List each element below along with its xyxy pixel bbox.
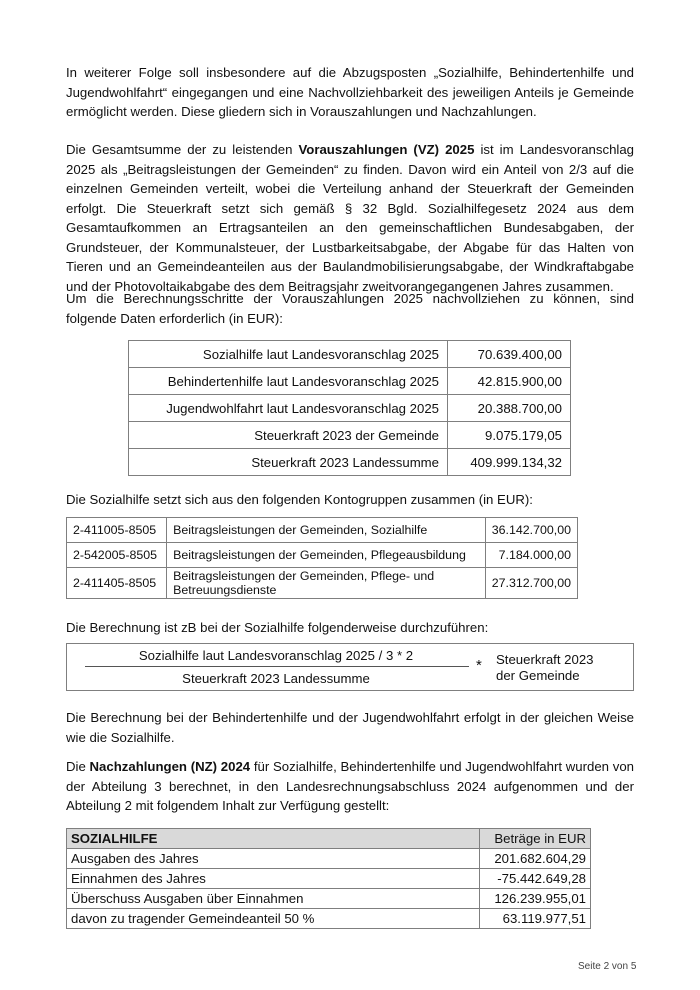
nz-paragraph-pre: Die — [66, 759, 90, 774]
table-row: Überschuss Ausgaben über Einnahmen126.23… — [67, 889, 591, 909]
nz-label: Einnahmen des Jahres — [67, 869, 480, 889]
table-row: Einnahmen des Jahres-75.442.649,28 — [67, 869, 591, 889]
nz-header-label: SOZIALHILFE — [67, 829, 480, 849]
nz-sozialhilfe-table: SOZIALHILFEBeträge in EUR Ausgaben des J… — [66, 828, 591, 929]
formula-factor-line1: Steuerkraft 2023 — [496, 652, 594, 668]
table-row: Ausgaben des Jahres201.682.604,29 — [67, 849, 591, 869]
nz-header-value: Beträge in EUR — [480, 829, 591, 849]
formula-intro-paragraph: Die Berechnung ist zB bei der Sozialhilf… — [66, 618, 634, 638]
vz-label: Jugendwohlfahrt laut Landesvoranschlag 2… — [129, 395, 448, 422]
table-row: davon zu tragender Gemeindeanteil 50 %63… — [67, 909, 591, 929]
page-number: Seite 2 von 5 — [578, 961, 636, 972]
table-row: 2-542005-8505Beitragsleistungen der Geme… — [67, 543, 578, 568]
vz-value: 42.815.900,00 — [448, 368, 571, 395]
vz-data-table: Sozialhilfe laut Landesvoranschlag 20257… — [128, 340, 571, 476]
nz-value: 126.239.955,01 — [480, 889, 591, 909]
table-row: Jugendwohlfahrt laut Landesvoranschlag 2… — [129, 395, 571, 422]
vz-label: Sozialhilfe laut Landesvoranschlag 2025 — [129, 341, 448, 368]
vz-label: Behindertenhilfe laut Landesvoranschlag … — [129, 368, 448, 395]
konto-code: 2-411405-8505 — [67, 568, 167, 599]
nz-value: 63.119.977,51 — [480, 909, 591, 929]
nz-paragraph: Die Nachzahlungen (NZ) 2024 für Sozialhi… — [66, 757, 634, 816]
vz-paragraph: Die Gesamtsumme der zu leistenden Voraus… — [66, 140, 634, 296]
table-header-row: SOZIALHILFEBeträge in EUR — [67, 829, 591, 849]
konto-amount: 36.142.700,00 — [485, 518, 577, 543]
table-row: Sozialhilfe laut Landesvoranschlag 20257… — [129, 341, 571, 368]
konto-code: 2-542005-8505 — [67, 543, 167, 568]
vz-value: 409.999.134,32 — [448, 449, 571, 476]
formula-factor: Steuerkraft 2023 der Gemeinde — [496, 652, 594, 684]
nz-label: davon zu tragender Gemeindeanteil 50 % — [67, 909, 480, 929]
vz-label: Steuerkraft 2023 der Gemeinde — [129, 422, 448, 449]
nz-label: Ausgaben des Jahres — [67, 849, 480, 869]
konto-desc: Beitragsleistungen der Gemeinden, Pflege… — [167, 568, 486, 599]
table-row: 2-411405-8505Beitragsleistungen der Geme… — [67, 568, 578, 599]
multiply-operator: * — [476, 657, 482, 674]
fraction-bar — [85, 666, 469, 667]
formula-factor-line2: der Gemeinde — [496, 668, 594, 684]
konto-desc: Beitragsleistungen der Gemeinden, Sozial… — [167, 518, 486, 543]
same-method-paragraph: Die Berechnung bei der Behindertenhilfe … — [66, 708, 634, 747]
intro-paragraph: In weiterer Folge soll insbesondere auf … — [66, 63, 634, 122]
table-row: Behindertenhilfe laut Landesvoranschlag … — [129, 368, 571, 395]
nz-value: -75.442.649,28 — [480, 869, 591, 889]
konto-paragraph: Die Sozialhilfe setzt sich aus den folge… — [66, 490, 634, 510]
formula-box: Sozialhilfe laut Landesvoranschlag 2025 … — [66, 643, 634, 691]
vz-label: Steuerkraft 2023 Landessumme — [129, 449, 448, 476]
konto-code: 2-411005-8505 — [67, 518, 167, 543]
nz-paragraph-bold: Nachzahlungen (NZ) 2024 — [90, 759, 251, 774]
table-row: Steuerkraft 2023 der Gemeinde9.075.179,0… — [129, 422, 571, 449]
vz-value: 9.075.179,05 — [448, 422, 571, 449]
nz-label: Überschuss Ausgaben über Einnahmen — [67, 889, 480, 909]
formula-denominator: Steuerkraft 2023 Landessumme — [85, 671, 467, 686]
konto-table: 2-411005-8505Beitragsleistungen der Geme… — [66, 517, 578, 599]
konto-desc: Beitragsleistungen der Gemeinden, Pflege… — [167, 543, 486, 568]
konto-amount: 7.184.000,00 — [485, 543, 577, 568]
formula-numerator: Sozialhilfe laut Landesvoranschlag 2025 … — [85, 648, 467, 663]
nz-value: 201.682.604,29 — [480, 849, 591, 869]
konto-amount: 27.312.700,00 — [485, 568, 577, 599]
vz-paragraph-pre: Die Gesamtsumme der zu leistenden — [66, 142, 298, 157]
vz-paragraph-bold: Vorauszahlungen (VZ) 2025 — [298, 142, 474, 157]
vz-value: 70.639.400,00 — [448, 341, 571, 368]
vz-value: 20.388.700,00 — [448, 395, 571, 422]
vz-paragraph-post: ist im Landesvoranschlag 2025 als „Beitr… — [66, 142, 634, 294]
table-row: Steuerkraft 2023 Landessumme409.999.134,… — [129, 449, 571, 476]
table-row: 2-411005-8505Beitragsleistungen der Geme… — [67, 518, 578, 543]
data-required-paragraph: Um die Berechnungsschritte der Vorauszah… — [66, 289, 634, 328]
